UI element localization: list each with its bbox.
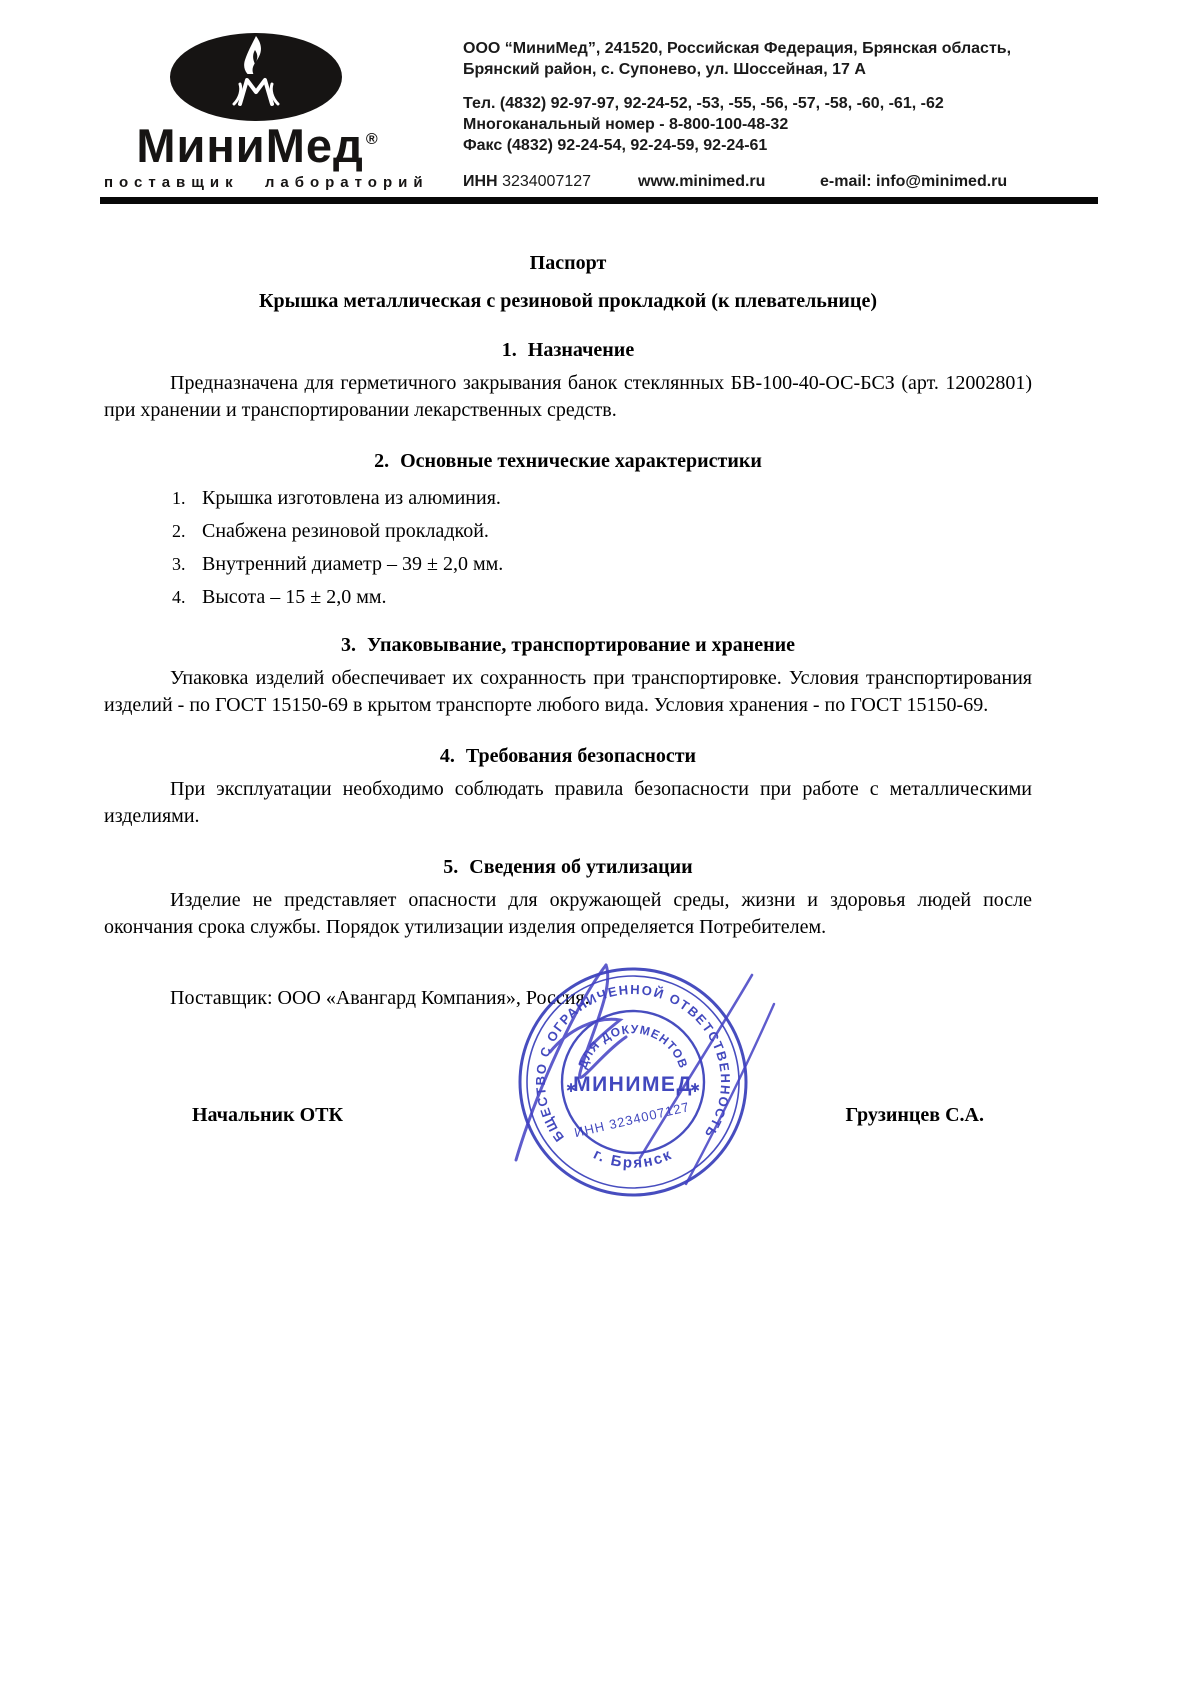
signer-name: Грузинцев С.А. bbox=[846, 1104, 985, 1127]
section-4-title: Требования безопасности bbox=[466, 745, 696, 767]
list-item-text: Высота – 15 ± 2,0 мм. bbox=[202, 586, 387, 608]
round-stamp-icon: ОБЩЕСТВО С ОГРАНИЧЕННОЙ ОТВЕТСТВЕННОСТЬЮ… bbox=[488, 946, 790, 1212]
email: e-mail: info@minimed.ru bbox=[820, 173, 1007, 191]
address-line-1: ООО “МиниМед”, 241520, Российская Федера… bbox=[463, 38, 1043, 59]
list-item-number: 4. bbox=[172, 586, 202, 608]
section-1-paragraph: Предназначена для герметичного закрывани… bbox=[104, 370, 1032, 424]
brand-tagline: поставщик лабораторий bbox=[104, 174, 409, 191]
flame-ellipse-icon bbox=[164, 30, 349, 126]
list-item: 2.Снабжена резиновой прокладкой. bbox=[172, 520, 1032, 542]
section-4-number: 4. bbox=[440, 745, 455, 767]
list-item: 4.Высота – 15 ± 2,0 мм. bbox=[172, 586, 1032, 608]
section-5-paragraph: Изделие не представляет опасности для ок… bbox=[104, 887, 1032, 941]
list-item-text: Снабжена резиновой прокладкой. bbox=[202, 520, 489, 542]
website: www.minimed.ru bbox=[638, 173, 820, 191]
section-5-title: Сведения об утилизации bbox=[469, 856, 692, 878]
fax-line: Факс (4832) 92-24-54, 92-24-59, 92-24-61 bbox=[463, 135, 1043, 156]
section-2-heading: 2.Основные технические характеристики bbox=[104, 450, 1032, 473]
company-address: ООО “МиниМед”, 241520, Российская Федера… bbox=[463, 38, 1043, 80]
stamp-center-text: МИНИМЕД bbox=[573, 1073, 693, 1096]
section-1-title: Назначение bbox=[528, 339, 634, 361]
svg-text:г. Брянск: г. Брянск bbox=[591, 1146, 676, 1172]
header-divider bbox=[100, 197, 1098, 204]
letterhead: МиниМед® поставщик лабораторий ООО “Мини… bbox=[0, 0, 1200, 210]
company-meta-row: ИНН 3234007127 www.minimed.ru e-mail: in… bbox=[463, 173, 1043, 191]
phone-line: Тел. (4832) 92-97-97, 92-24-52, -53, -55… bbox=[463, 93, 1043, 114]
company-logo: МиниМед® поставщик лабораторий bbox=[104, 30, 409, 191]
list-item-number: 1. bbox=[172, 487, 202, 509]
list-item: 1.Крышка изготовлена из алюминия. bbox=[172, 487, 1032, 509]
section-3-number: 3. bbox=[341, 634, 356, 656]
company-stamp: ОБЩЕСТВО С ОГРАНИЧЕННОЙ ОТВЕТСТВЕННОСТЬЮ… bbox=[488, 946, 790, 1212]
stamp-star-right: ✱ bbox=[690, 1081, 700, 1095]
section-1-heading: 1.Назначение bbox=[104, 339, 1032, 362]
registered-mark: ® bbox=[366, 131, 379, 148]
section-3-heading: 3.Упаковывание, транспортирование и хран… bbox=[104, 634, 1032, 657]
company-phones: Тел. (4832) 92-97-97, 92-24-52, -53, -55… bbox=[463, 93, 1043, 156]
signer-position: Начальник ОТК bbox=[192, 1104, 343, 1127]
company-contacts: ООО “МиниМед”, 241520, Российская Федера… bbox=[463, 38, 1043, 191]
section-2-number: 2. bbox=[374, 450, 389, 472]
section-2-title: Основные технические характеристики bbox=[400, 450, 762, 472]
section-5-heading: 5.Сведения об утилизации bbox=[104, 856, 1032, 879]
list-item-number: 2. bbox=[172, 520, 202, 542]
stamp-city-text: г. Брянск bbox=[591, 1146, 676, 1172]
section-5-number: 5. bbox=[443, 856, 458, 878]
list-item: 3.Внутренний диаметр – 39 ± 2,0 мм. bbox=[172, 553, 1032, 575]
inn-value: 3234007127 bbox=[502, 173, 591, 190]
address-line-2: Брянский район, с. Супонево, ул. Шоссейн… bbox=[463, 59, 1043, 80]
section-3-paragraph: Упаковка изделий обеспечивает их сохранн… bbox=[104, 665, 1032, 719]
document-subtitle: Крышка металлическая с резиновой проклад… bbox=[104, 290, 1032, 313]
list-item-text: Крышка изготовлена из алюминия. bbox=[202, 487, 501, 509]
document-title: Паспорт bbox=[104, 252, 1032, 275]
section-3-title: Упаковывание, транспортирование и хранен… bbox=[367, 634, 795, 656]
brand-name: МиниМед® bbox=[104, 122, 409, 170]
multichannel-line: Многоканальный номер - 8-800-100-48-32 bbox=[463, 114, 1043, 135]
document-page: МиниМед® поставщик лабораторий ООО “Мини… bbox=[0, 0, 1200, 1697]
stamp-star-left: ✱ bbox=[566, 1081, 576, 1095]
section-4-paragraph: При эксплуатации необходимо соблюдать пр… bbox=[104, 776, 1032, 830]
characteristics-list: 1.Крышка изготовлена из алюминия. 2.Снаб… bbox=[172, 487, 1032, 608]
inn: ИНН 3234007127 bbox=[463, 173, 638, 191]
list-item-text: Внутренний диаметр – 39 ± 2,0 мм. bbox=[202, 553, 503, 575]
section-4-heading: 4.Требования безопасности bbox=[104, 745, 1032, 768]
brand-text: МиниМед bbox=[136, 119, 363, 172]
list-item-number: 3. bbox=[172, 553, 202, 575]
section-1-number: 1. bbox=[502, 339, 517, 361]
inn-label: ИНН bbox=[463, 173, 498, 190]
